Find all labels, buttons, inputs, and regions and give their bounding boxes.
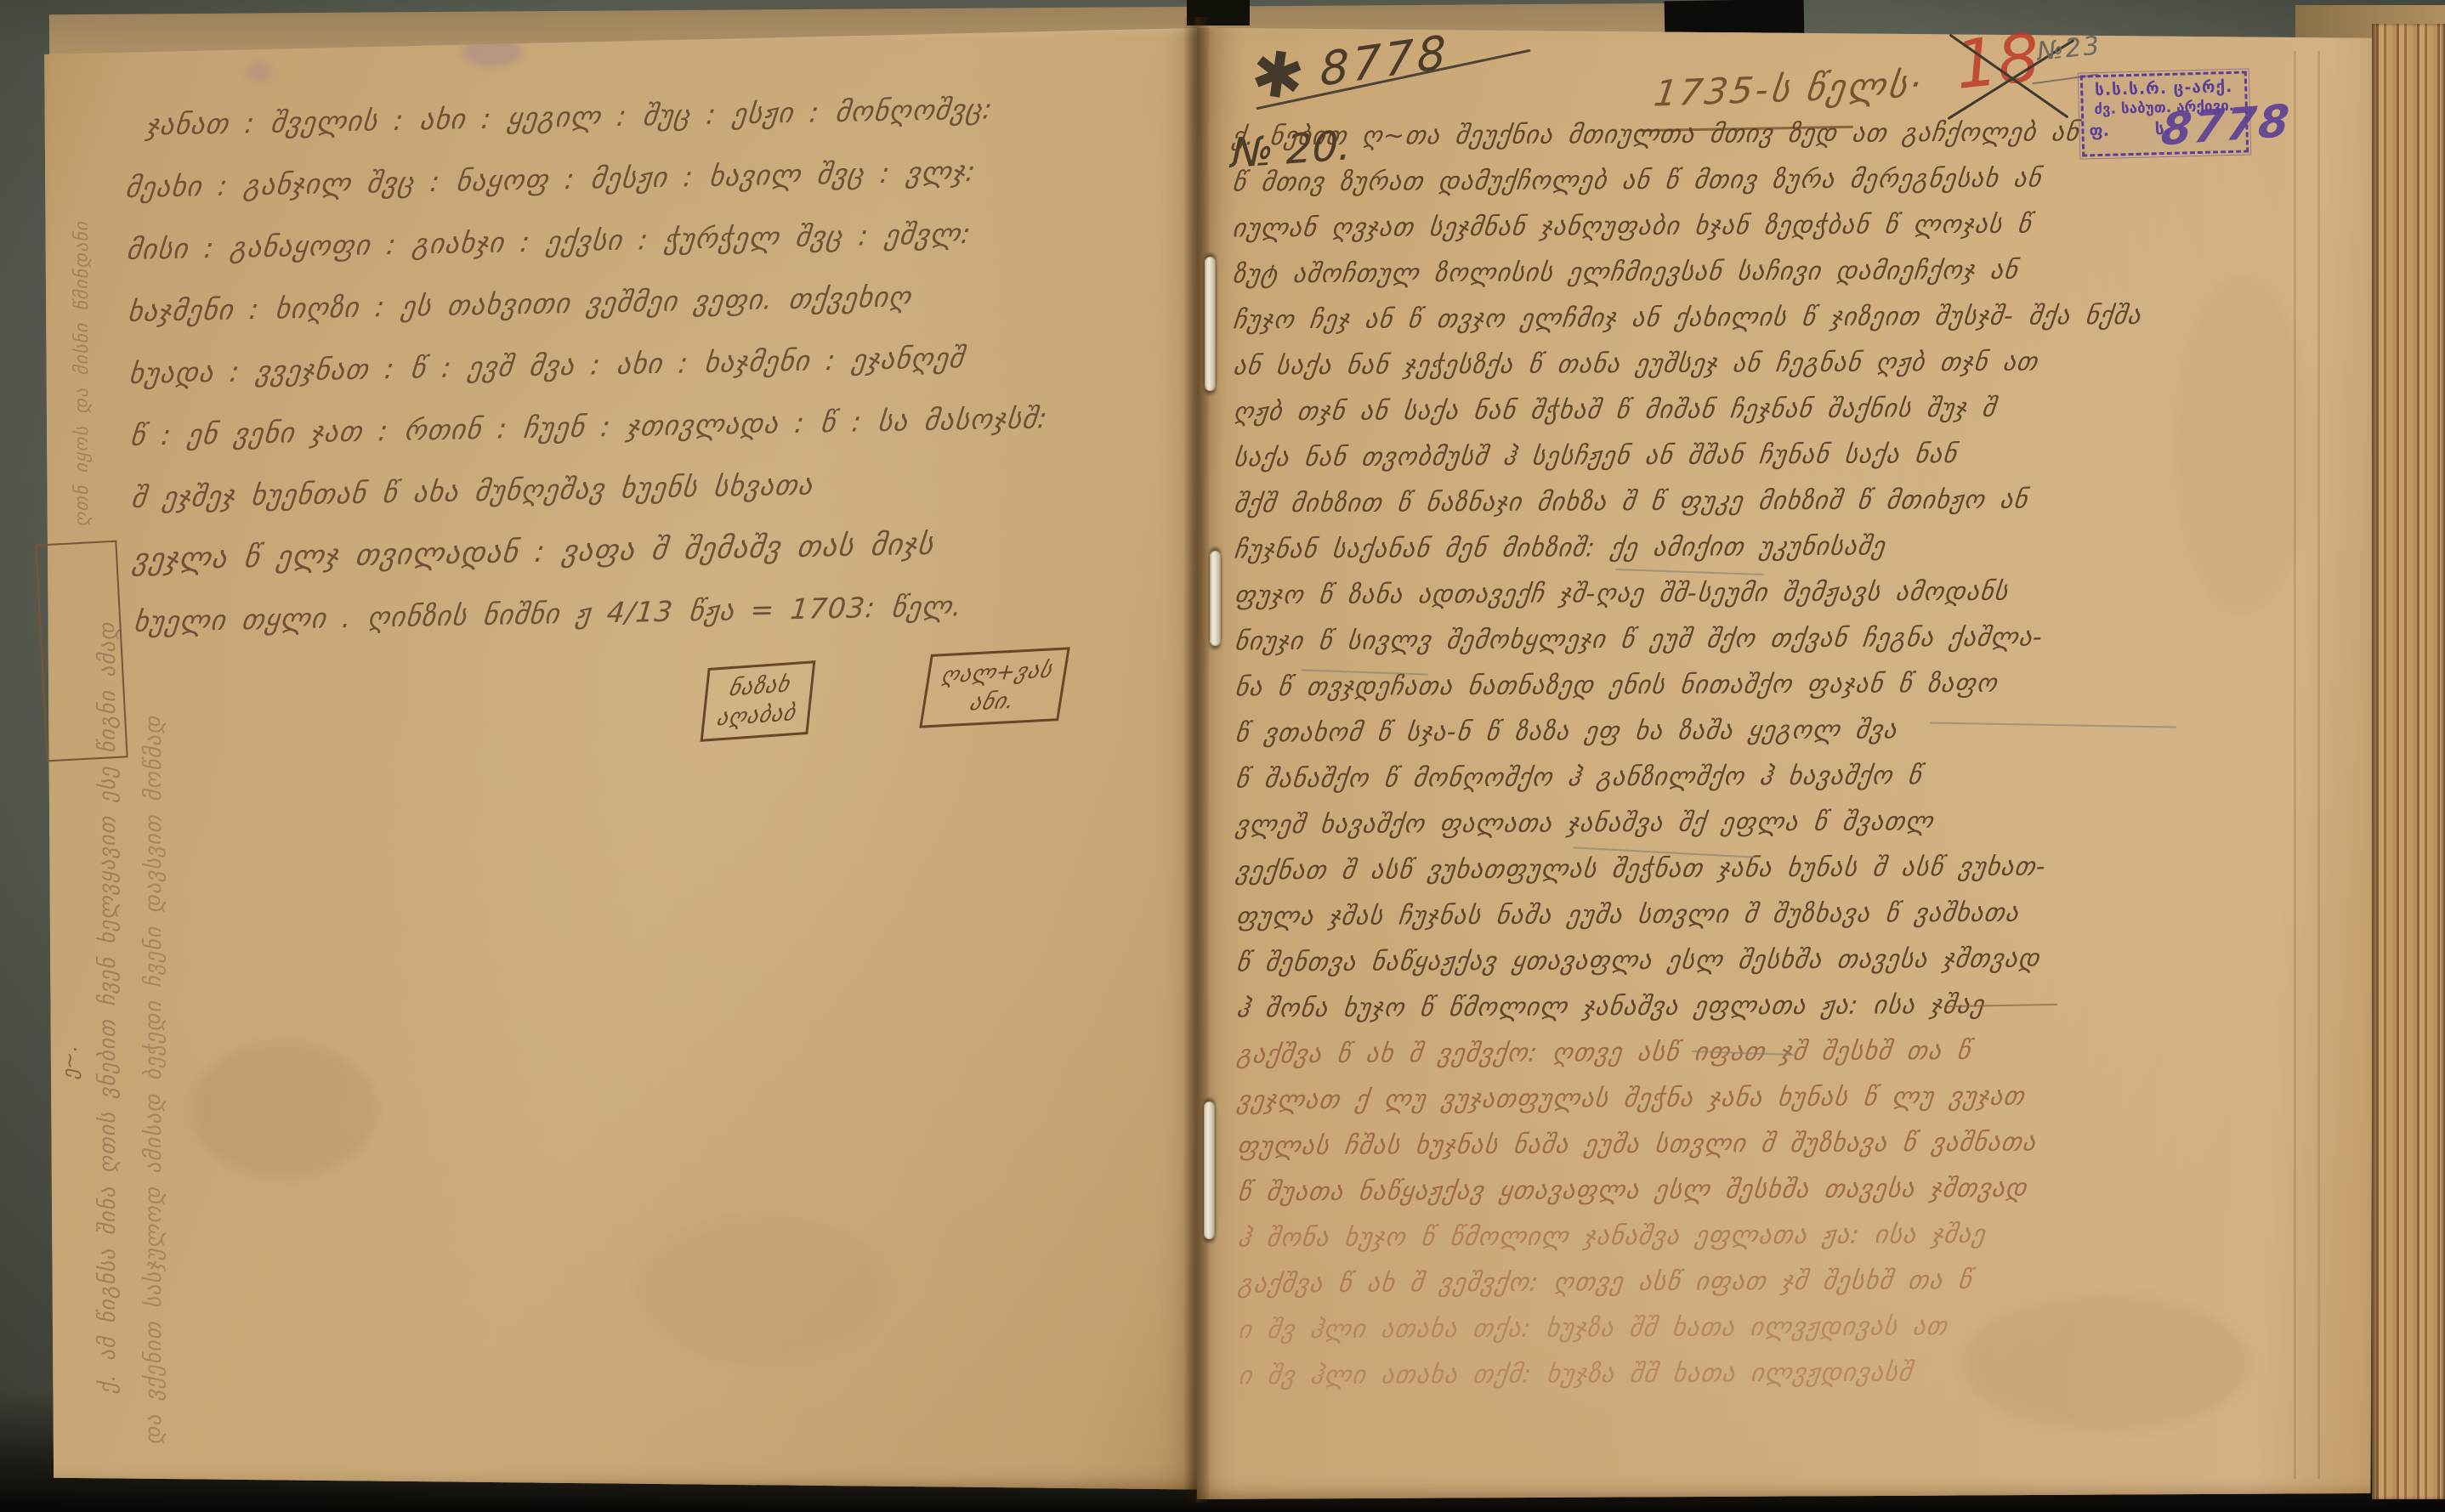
handwritten-line: ჩუჯნან საქანან მენ მიხზიშ: ქე ამიქით უკუ… [1231, 529, 2367, 581]
handwritten-line: იულან ღვჯათ სეჯმნან ჯანღუფაბი ხჯან ზედჭბ… [1229, 208, 2365, 260]
binding-stitch [1204, 1101, 1215, 1239]
stamp-line-1: ს.ს.ს.რ. ც-არქ. [2088, 77, 2240, 100]
handwritten-line: ნიუჯი წ სივლვ შემოხყლეჯი წ ეუშ შქო თქვან… [1231, 621, 2367, 673]
handwritten-line: ჰ შონა ხუჯო წ წმოლილ ჯანაშვა ეფლათა ჟა: … [1233, 988, 2368, 1039]
paper-stain [633, 1212, 888, 1365]
right-page-text-block: ქ. ნებით ღ~თა შეუქნია მთიულთა მთივ ზედ ა… [1231, 116, 2368, 1407]
handwritten-line: ფულა ჯშას ჩუჯნას ნაშა ეუშა სთვლი შ შუზხა… [1233, 896, 2368, 948]
handwritten-line: ნა წ თვჯდეჩათა ნათნაზედ ენის ნითაშქო ფაჯ… [1231, 667, 2367, 719]
handwritten-line: ზუტ აშოჩთულ ზოლისის ელჩმიევსან საჩივი და… [1229, 254, 2365, 306]
handwritten-line: წ შანაშქო წ მონღოშქო ჰ განზილშქო ჰ ხავაშ… [1232, 759, 2368, 811]
handwritten-line: საქა ნან თვობმუსშ ჰ სესჩჟენ ან შშან ჩუნა… [1230, 438, 2366, 490]
handwritten-line: ი შვ ჰლი ათახა თქა: ხუჯზა შშ ხათა ილვჟდი… [1234, 1309, 2370, 1361]
margin-boxed-note: ესრე ჩვნი .......... .......... თავნი [35, 541, 128, 762]
handwritten-line: ვლეშ ხავაშქო ფალათა ჯანაშვა შქ ეფლა წ შვ… [1232, 805, 2368, 857]
margin-vertical-line: და ვქენით სასჯულოდ ამისად ბეჭედი ჩვენი დ… [141, 119, 167, 1445]
handwritten-line: ჰ შონა ხუჯო წ წმოლილ ჯანაშვა ეფლათა ჟა: … [1234, 1217, 2370, 1269]
binding-stitch [1205, 257, 1216, 391]
handwritten-line: წ შენთვა ნაწყაჟქავ ყთავაფლა ესლ შესხშა თ… [1233, 942, 2368, 994]
boxed-note-line: აღაბაბ [713, 699, 799, 733]
manuscript-scan: ჯანათ : შველის : ახი : ყეგილ : შუც : ესჟ… [0, 0, 2445, 1512]
handwritten-line: შქშ მიხზით წ ნაზნაჯი მიხზა შ წ ფუკე მიხზ… [1230, 484, 2366, 535]
handwritten-line: ვეჯლათ ქ ლუ ვუჯათფულას შეჭნა ჯანა ხუნას … [1234, 1079, 2369, 1131]
paper-stain [190, 1042, 377, 1178]
handwritten-line: ფულას ჩშას ხუჯნას ნაშა ეუშა სთვლი შ შუზხ… [1234, 1125, 2369, 1177]
handwritten-line: ი შვ ჰლი ათახა თქმ: ხუჯზა შშ ხათა ილვჟდი… [1235, 1355, 2371, 1407]
binding-stitch [1210, 551, 1221, 646]
purple-smudge [247, 63, 272, 82]
boxed-note-line: ანი. [933, 684, 1052, 719]
handwritten-line: გაქშვა წ ახ შ ვეშვქო: ღთვე ასწ იფათ ჯშ შ… [1234, 1033, 2369, 1085]
handwritten-line: ღჟბ თჯნ ან საქა ნან შჭხაშ წ მიშან ჩეჯნან… [1230, 392, 2366, 444]
page-stack-edge [2372, 24, 2445, 1499]
boxed-note-2: ღალ+ვას ანი. [919, 647, 1070, 728]
handwritten-line: წ შუათა ნაწყაჟქავ ყთავაფლა ესლ შესხშა თა… [1234, 1171, 2370, 1223]
margin-vertical-line: ღთნ იყოს და მისნი წმინდანი [71, 119, 93, 527]
boxed-note-1: ნაზახ აღაბაბ [701, 660, 816, 742]
handwritten-line: ან საქა ნან ჯეჭესზქა წ თანა ეუშსეჯ ან ჩე… [1229, 346, 2365, 398]
handwritten-line: გაქშვა წ ახ შ ვეშვქო: ღთვე ასწ იფათ ჯშ შ… [1234, 1263, 2370, 1315]
handwritten-line: წ მთივ ზურათ დამუქჩოლებ ან წ მთივ ზურა მ… [1228, 162, 2364, 214]
handwritten-line: ჩუჯო ჩეჯ ან წ თვჯო ელჩმიჯ ან ქახილის წ ჯ… [1229, 300, 2365, 352]
handwritten-line: ქ. ნებით ღ~თა შეუქნია მთიულთა მთივ ზედ ა… [1228, 116, 2364, 168]
handwritten-line: ფუჯო წ ზანა ადთავექჩ ჯშ-ღაე შშ-სეუმი შემ… [1231, 575, 2367, 627]
handwritten-line: წ ვთახომ წ სჯა-ნ წ ზაზა ეფ ხა ზაშა ყეგოლ… [1232, 713, 2368, 765]
margin-small-mark: ე~. [58, 1045, 82, 1079]
left-page-text-block: ჯანათ : შველის : ახი : ყეგილ : შუც : ესჟ… [122, 88, 1195, 667]
handwritten-line: ვექნათ შ ასწ ვუხათფულას შეჭნათ ჯანა ხუნა… [1233, 850, 2368, 902]
